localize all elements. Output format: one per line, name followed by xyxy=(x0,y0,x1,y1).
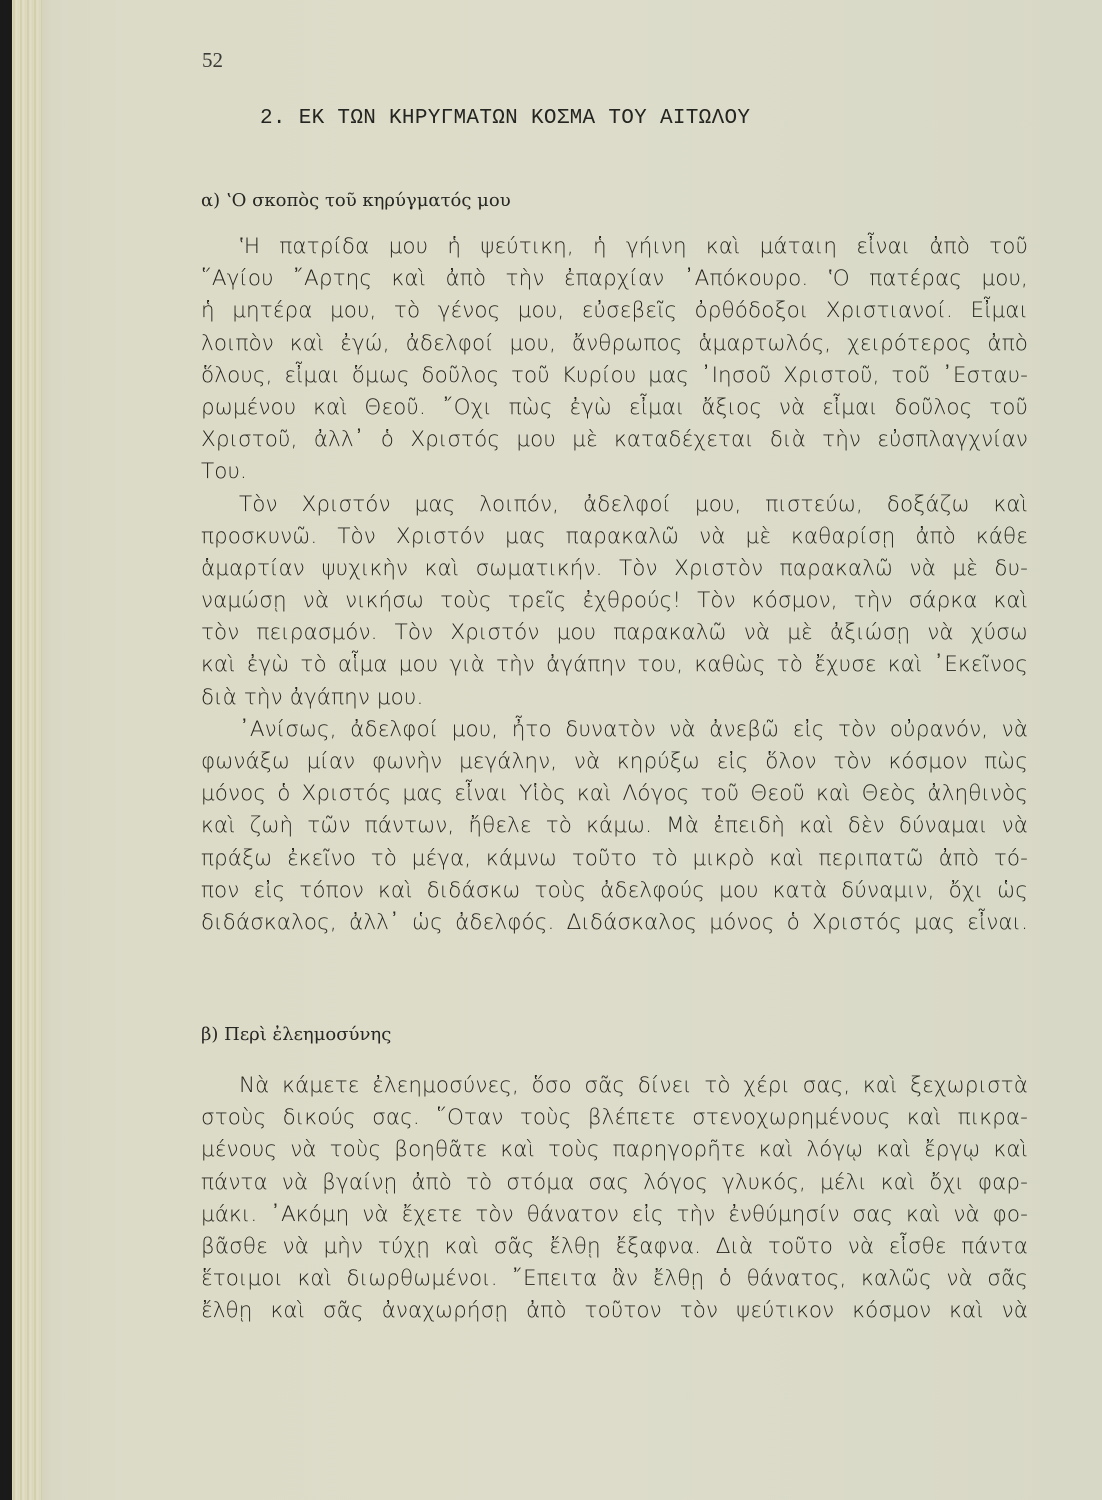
page-number: 52 xyxy=(202,48,223,73)
text-line: ναμώσῃ νὰ νικήσω τοὺς τρεῖς ἐχθρούς! Τὸν… xyxy=(201,585,1028,617)
section-heading-a: α) ʽΟ σκοπὸς τοῦ κηρύγματός μου xyxy=(201,190,511,211)
text-line: ῞Αγίου ῎Αρτης καὶ ἀπὸ τὴν ἐπαρχίαν ᾿Απόκ… xyxy=(201,263,1028,295)
chapter-title: 2. ΕΚ ΤΩΝ ΚΗΡΥΓΜΑΤΩΝ ΚΟΣΜΑ ΤΟΥ ΑΙΤΩΛΟΥ xyxy=(260,107,750,130)
text-line: πον εἰς τόπον καὶ διδάσκω τοὺς ἀδελφούς … xyxy=(201,875,1028,907)
text-line: ἔλθῃ καὶ σᾶς ἀναχωρήσῃ ἀπὸ τοῦτον τὸν ψε… xyxy=(201,1295,1028,1327)
page-edge-stack xyxy=(12,0,42,1500)
text-line: τὸν πειρασμόν. Τὸν Χριστόν μου παρακαλῶ … xyxy=(201,617,1028,649)
text-line: μένους νὰ τοὺς βοηθᾶτε καὶ τοὺς παρηγορῆ… xyxy=(201,1134,1028,1166)
text-line: μάκι. ᾿Ακόμη νὰ ἔχετε τὸν θάνατον εἰς τὴ… xyxy=(201,1199,1028,1231)
text-line: ὅλους, εἶμαι ὅμως δοῦλος τοῦ Κυρίου μας … xyxy=(201,360,1028,392)
section-b-body: Νὰ κάμετε ἐλεημοσύνες, ὅσο σᾶς δίνει τὸ … xyxy=(201,1070,1028,1328)
section-heading-b: β) Περὶ ἐλεημοσύνης xyxy=(201,1024,391,1045)
text-line: ʽΗ πατρίδα μου ἡ ψεύτικη, ἡ γήινη καὶ μά… xyxy=(201,231,1028,263)
text-line: Του. xyxy=(201,456,1028,488)
text-line: λοιπὸν καὶ ἐγώ, ἀδελφοί μου, ἄνθρωπος ἁμ… xyxy=(201,328,1028,360)
text-line: μόνος ὁ Χριστός μας εἶναι Υἱὸς καὶ Λόγος… xyxy=(201,778,1028,810)
text-line: στοὺς δικούς σας. ῞Οταν τοὺς βλέπετε στε… xyxy=(201,1102,1028,1134)
text-line: διὰ τὴν ἀγάπην μου. xyxy=(201,682,1028,714)
text-line: διδάσκαλος, ἀλλ᾿ ὡς ἀδελφός. Διδάσκαλος … xyxy=(201,907,1028,939)
text-line: προσκυνῶ. Τὸν Χριστόν μας παρακαλῶ νὰ μὲ… xyxy=(201,521,1028,553)
text-line: βᾶσθε νὰ μὴν τύχῃ καὶ σᾶς ἔλθῃ ἔξαφνα. Δ… xyxy=(201,1231,1028,1263)
text-line: ρωμένου καὶ Θεοῦ. ῎Οχι πὼς ἐγὼ εἶμαι ἄξι… xyxy=(201,392,1028,424)
text-line: ἕτοιμοι καὶ διωρθωμένοι. ῎Επειτα ἂν ἔλθῃ… xyxy=(201,1263,1028,1295)
text-line: πάντα νὰ βγαίνῃ ἀπὸ τὸ στόμα σας λόγος γ… xyxy=(201,1167,1028,1199)
text-line: καὶ ἐγὼ τὸ αἷμα μου γιὰ τὴν ἀγάπην του, … xyxy=(201,649,1028,681)
text-line: ἁμαρτίαν ψυχικὴν καὶ σωματικήν. Τὸν Χρισ… xyxy=(201,553,1028,585)
text-line: ἡ μητέρα μου, τὸ γένος μου, εὐσεβεῖς ὀρθ… xyxy=(201,295,1028,327)
text-line: φωνάξω μίαν φωνὴν μεγάλην, νὰ κηρύξω εἰς… xyxy=(201,746,1028,778)
text-line: ᾿Ανίσως, ἀδελφοί μου, ἦτο δυνατὸν νὰ ἀνε… xyxy=(201,714,1028,746)
text-line: Χριστοῦ, ἀλλ᾿ ὁ Χριστός μου μὲ καταδέχετ… xyxy=(201,424,1028,456)
text-line: πράξω ἐκεῖνο τὸ μέγα, κάμνω τοῦτο τὸ μικ… xyxy=(201,843,1028,875)
text-line: Νὰ κάμετε ἐλεημοσύνες, ὅσο σᾶς δίνει τὸ … xyxy=(201,1070,1028,1102)
section-a-body: ʽΗ πατρίδα μου ἡ ψεύτικη, ἡ γήινη καὶ μά… xyxy=(201,231,1028,939)
text-line: καὶ ζωὴ τῶν πάντων, ἤθελε τὸ κάμω. Μὰ ἐπ… xyxy=(201,810,1028,842)
text-line: Τὸν Χριστόν μας λοιπόν, ἀδελφοί μου, πισ… xyxy=(201,489,1028,521)
